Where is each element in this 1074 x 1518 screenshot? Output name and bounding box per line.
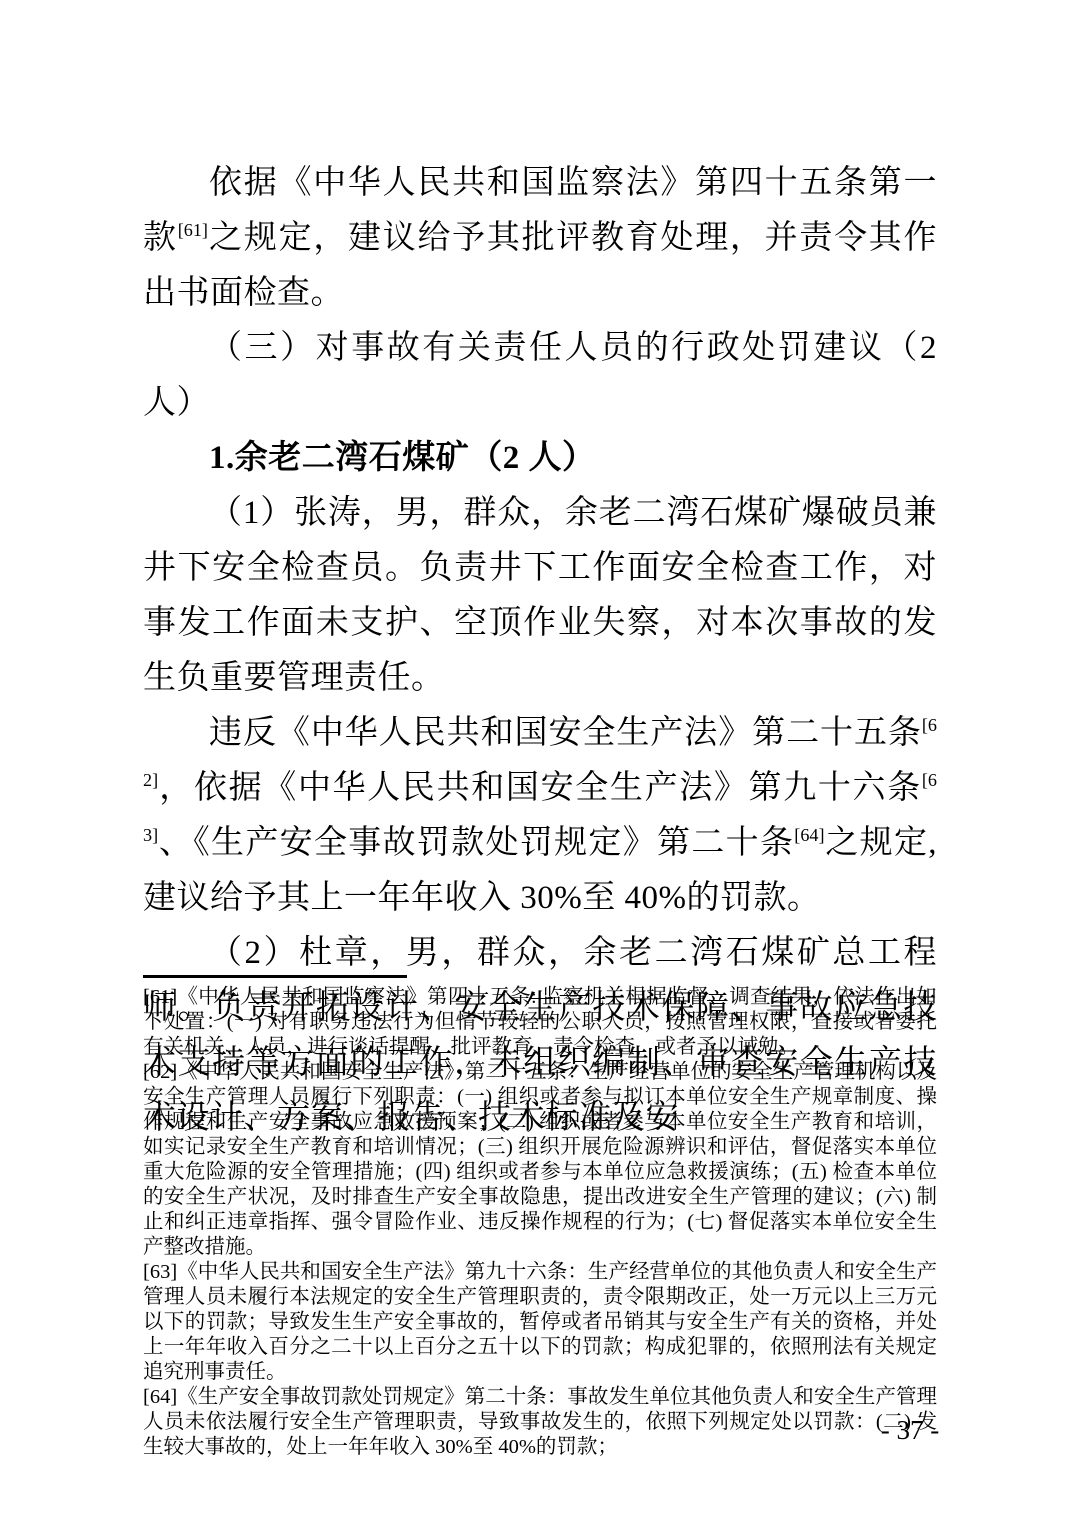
footnote-ref-64: [64] (794, 825, 824, 845)
paragraph-text: ，依据《中华人民共和国安全生产法》第九十六条 (158, 770, 922, 806)
footnote-text: 《生产安全事故罚款处罚规定》第二十条：事故发生单位其他负责人和安全生产管理人员未… (143, 1386, 937, 1458)
paragraph-person-1: （1）张涛，男，群众，余老二湾石煤矿爆破员兼井下安全检查员。负责井下工作面安全检… (143, 486, 937, 706)
section-heading-three: （三）对事故有关责任人员的行政处罚建议（2 人） (143, 321, 937, 431)
footnote-64: [64]《生产安全事故罚款处罚规定》第二十条：事故发生单位其他负责人和安全生产管… (143, 1385, 937, 1460)
footnote-63: [63]《中华人民共和国安全生产法》第九十六条：生产经营单位的其他负责人和安全生… (143, 1260, 937, 1385)
paragraph-sanction-basis: 依据《中华人民共和国监察法》第四十五条第一款[61]之规定，建议给予其批评教育处… (143, 156, 937, 321)
paragraph-violation: 违反《中华人民共和国安全生产法》第二十五条[62]，依据《中华人民共和国安全生产… (143, 706, 937, 926)
paragraph-text: 之规定，建议给予其批评教育处理，并责令其作出书面检查。 (143, 220, 937, 311)
footnote-separator-rule (143, 975, 407, 978)
footnote-text: 《中华人民共和国安全生产法》第九十六条：生产经营单位的其他负责人和安全生产管理人… (143, 1261, 937, 1383)
paragraph-text: 、《生产安全事故罚款处罚规定》第二十条 (158, 825, 794, 861)
page-number: - 37 - (845, 1414, 975, 1446)
footnote-62: [62]《中华人民共和国安全生产法》第二十五条：生产经营单位的安全生产管理机构以… (143, 1060, 937, 1260)
footnotes-section: [61]《中华人民共和国监察法》第四十五条: 监察机关根据监督、调查结果，依法作… (143, 985, 937, 1460)
footnote-marker: [63] (143, 1261, 177, 1283)
paragraph-text: 违反《中华人民共和国安全生产法》第二十五条 (209, 715, 922, 751)
document-page: 依据《中华人民共和国监察法》第四十五条第一款[61]之规定，建议给予其批评教育处… (0, 0, 1074, 1518)
footnote-marker: [62] (143, 1061, 177, 1083)
mine-subheading: 1.余老二湾石煤矿（2 人） (143, 431, 937, 486)
footnote-ref-61: [61] (178, 220, 208, 240)
footnote-text: 《中华人民共和国安全生产法》第二十五条：生产经营单位的安全生产管理机构以及安全生… (143, 1061, 937, 1258)
footnote-61: [61]《中华人民共和国监察法》第四十五条: 监察机关根据监督、调查结果，依法作… (143, 985, 937, 1060)
footnote-marker: [61] (143, 986, 177, 1008)
footnote-text: 《中华人民共和国监察法》第四十五条: 监察机关根据监督、调查结果，依法作出如下处… (143, 986, 937, 1058)
footnote-marker: [64] (143, 1386, 177, 1408)
